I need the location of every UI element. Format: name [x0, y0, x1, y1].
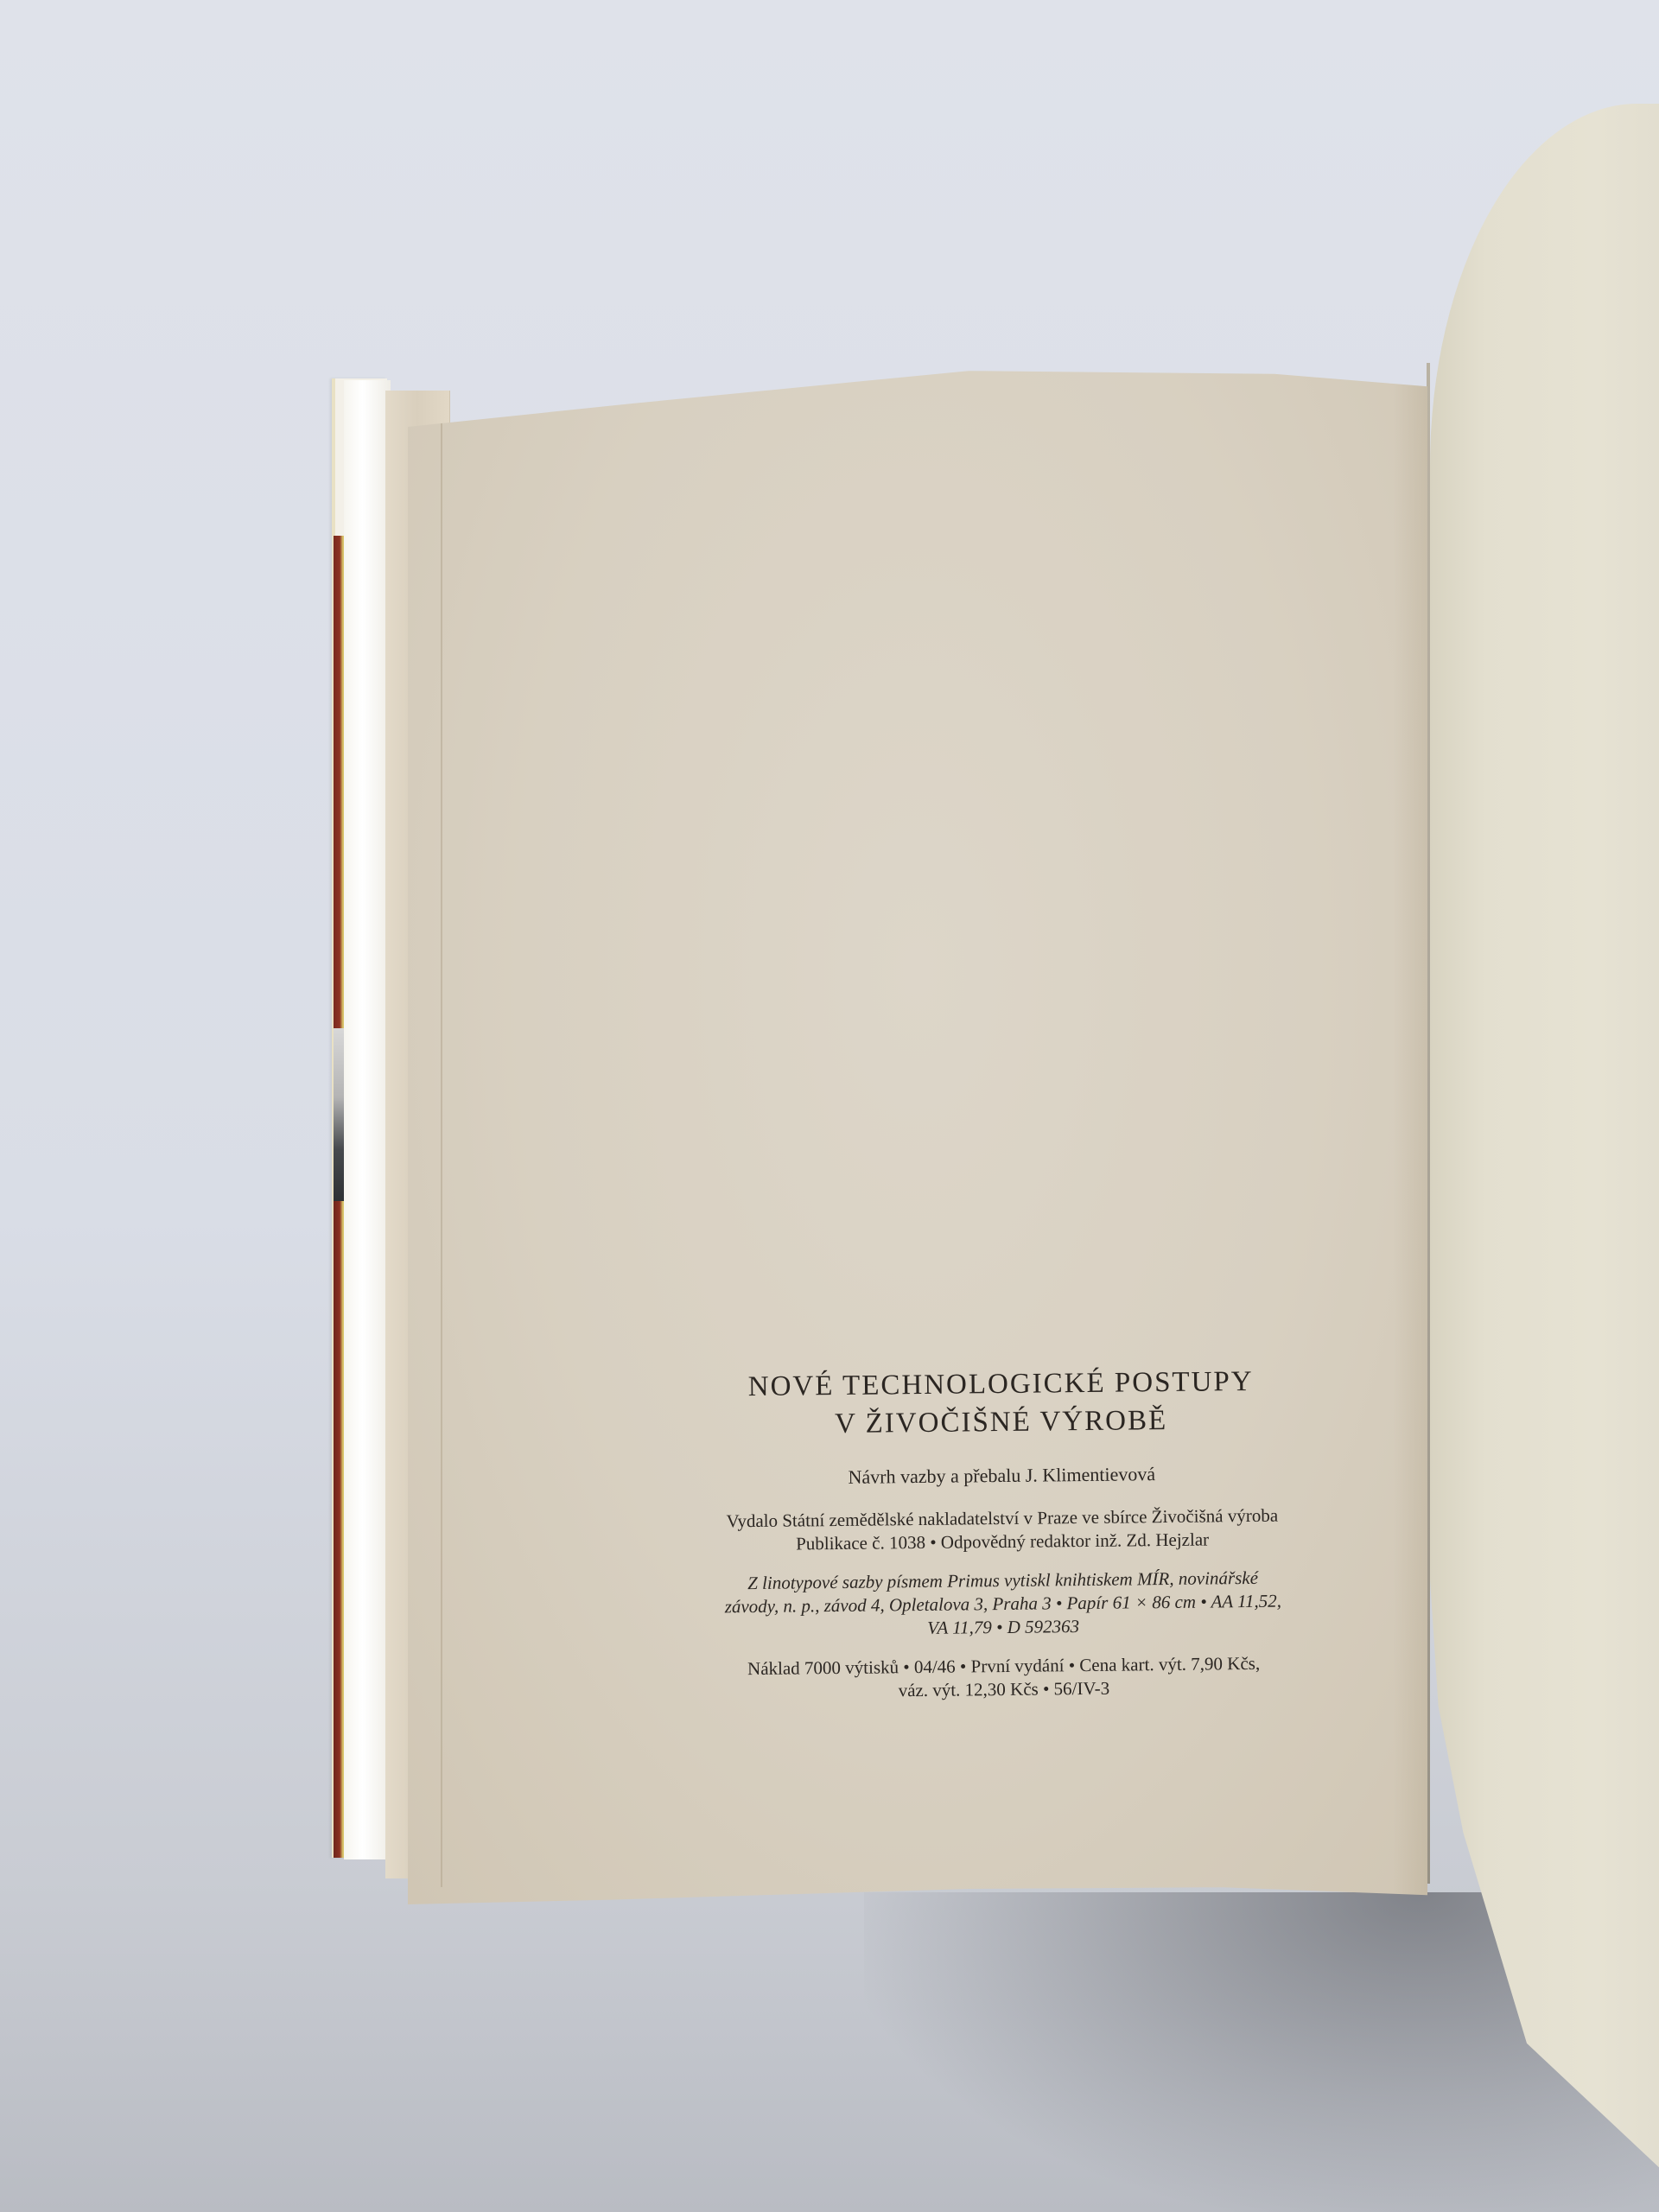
- edition-info: Náklad 7000 výtisků • 04/46 • První vydá…: [571, 1650, 1436, 1706]
- printer-info: Z linotypové sazby písmem Primus vytiskl…: [570, 1565, 1435, 1643]
- design-credit: Návrh vazby a přebalu J. Klimentievová: [569, 1459, 1433, 1492]
- flyleaf: [344, 380, 391, 1859]
- page-fold-line: [441, 401, 442, 1887]
- spine-red-segment: [334, 1201, 344, 1858]
- publisher-info: Vydalo Státní zemědělské nakladatelství …: [570, 1503, 1435, 1558]
- spine-red-segment: [334, 536, 344, 1037]
- colophon-block: NOVÉ TECHNOLOGICKÉ POSTUPY V ŽIVOČIŠNÉ V…: [569, 1361, 1436, 1706]
- spine-gray-segment: [334, 1028, 344, 1201]
- book-title-line-2: V ŽIVOČIŠNÉ VÝROBĚ: [569, 1399, 1433, 1446]
- photo-scene: NOVÉ TECHNOLOGICKÉ POSTUPY V ŽIVOČIŠNÉ V…: [0, 0, 1659, 2212]
